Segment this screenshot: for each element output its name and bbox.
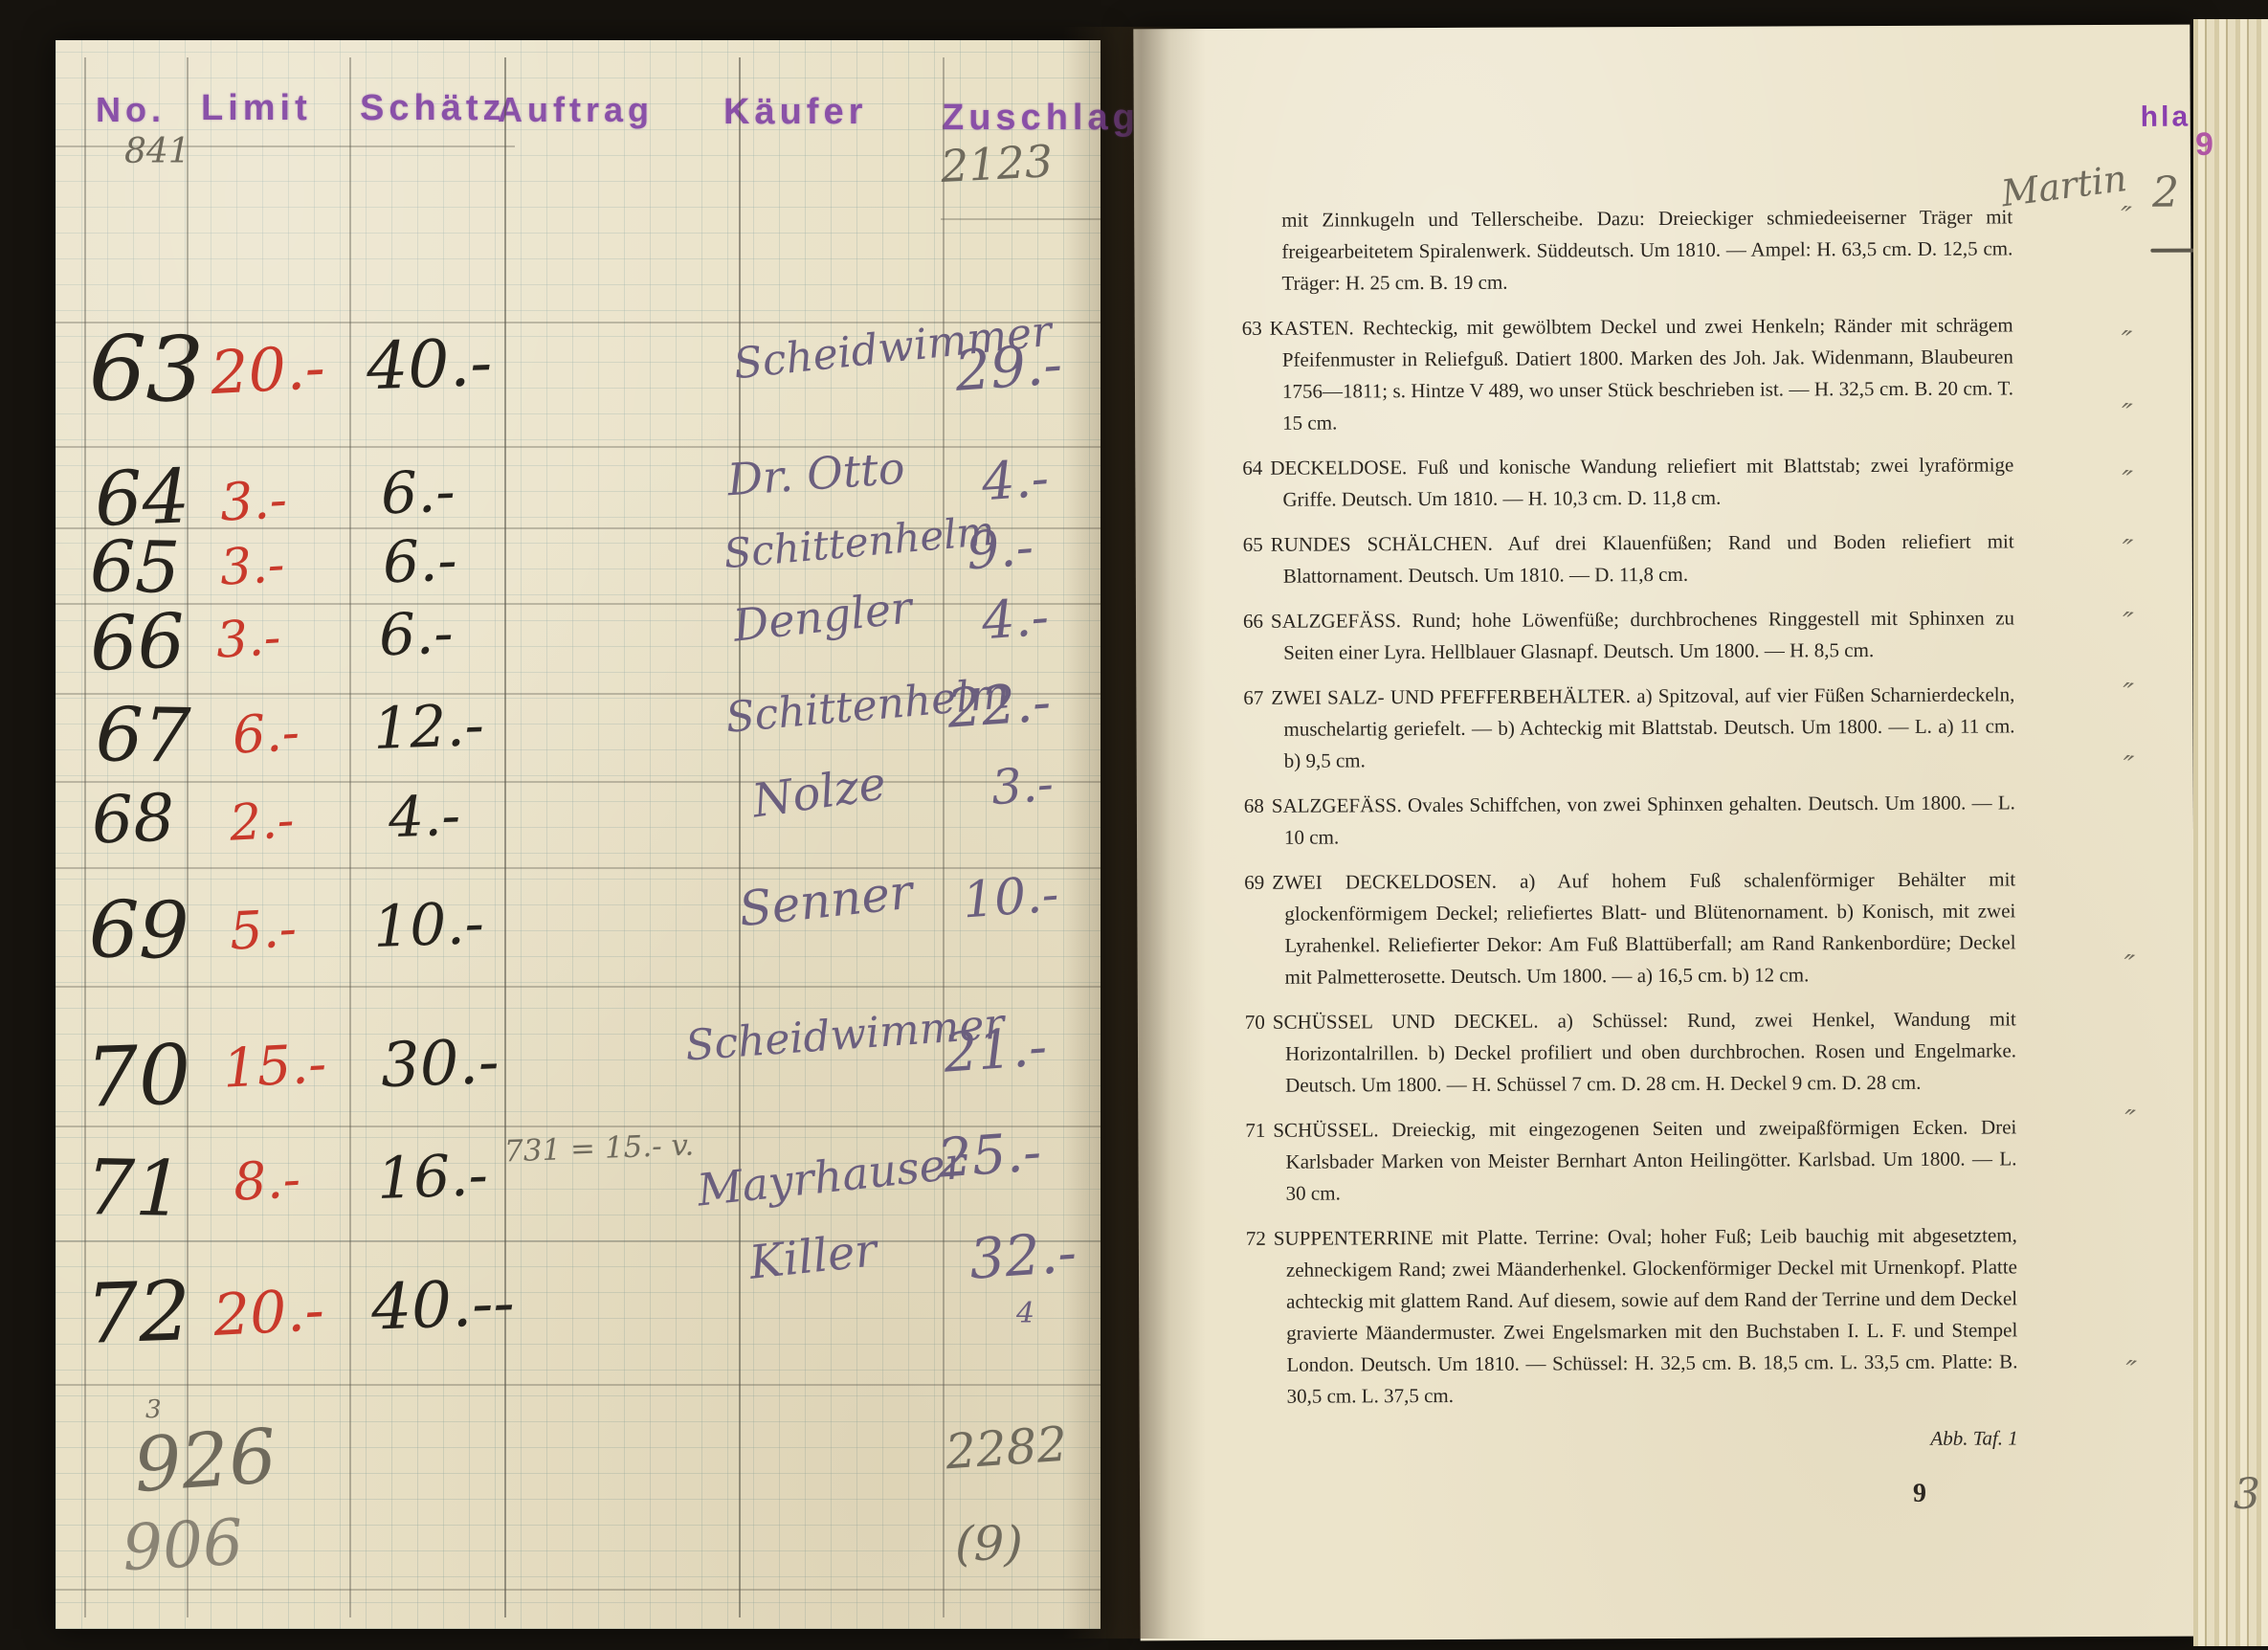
catalog-entry-66: 66SALZGEFÄSS. Rund; hohe Löwenfüße; durc…	[1243, 602, 2014, 669]
ledger-total-small-mark: 3	[145, 1395, 162, 1424]
ledger-lot-count: (9)	[955, 1516, 1023, 1572]
ledger-no-63: 63	[88, 317, 205, 423]
ledger-no-70: 70	[84, 1027, 192, 1126]
ledger-limit-total: 926	[131, 1414, 279, 1509]
ledger-schaetz-66: 6.-	[378, 600, 455, 670]
ledger-limit-total-corrected: 906	[121, 1505, 245, 1585]
ledger-header-rule	[56, 145, 515, 147]
column-header-stamp-limit: Limit	[201, 88, 312, 129]
catalog-continuation-paragraph: mit Zinnkugeln und Tellerscheibe. Dazu: …	[1241, 201, 2012, 300]
ledger-kaeufer-68: Nolze	[749, 757, 889, 829]
ledger-no-66: 66	[88, 598, 186, 687]
edge-number-fragment: 9	[2195, 126, 2213, 164]
lot-number: 67	[1243, 686, 1271, 709]
ledger-schaetz-70: 30.-	[380, 1027, 500, 1102]
ledger-zuschlag-71: 25.-	[936, 1121, 1043, 1190]
lot-number: 72	[1246, 1227, 1274, 1250]
ledger-limit-64: 3.-	[218, 469, 288, 533]
edge-bottom-fragment: 3	[2234, 1470, 2260, 1519]
ledger-schaetz-63: 40.-	[366, 325, 494, 406]
catalog-entry-65: 65RUNDES SCHÄLCHEN. Auf drei Klauenfüßen…	[1243, 525, 2014, 592]
ledger-auftrag-71: 731 = 15.- v.	[503, 1128, 694, 1170]
ledger-limit-71: 8.-	[232, 1148, 301, 1213]
catalog-entry-70: 70SCHÜSSEL UND DECKEL. a) Schüssel: Rund…	[1245, 1003, 2016, 1102]
ledger-no-68: 68	[91, 781, 176, 859]
lot-number: 69	[1244, 871, 1272, 894]
lot-number: 64	[1242, 457, 1270, 479]
ditto-mark: ″	[2119, 397, 2134, 432]
ledger-limit-63: 20.-	[209, 332, 326, 408]
ledger-no-69: 69	[88, 884, 189, 977]
ledger-no-72: 72	[84, 1263, 192, 1363]
catalog-text-column: mit Zinnkugeln und Tellerscheibe. Dazu: …	[1241, 201, 2018, 1512]
ledger-limit-70: 15.-	[221, 1033, 327, 1101]
ledger-row-rule	[56, 446, 1101, 448]
column-header-stamp-auftrag: Auftrag	[498, 90, 654, 130]
ledger-row-rule	[56, 1240, 1101, 1242]
page-number: 9	[1247, 1477, 2018, 1512]
ledger-zuschlag-69: 10.-	[961, 866, 1060, 930]
ledger-schaetz-65: 6.-	[382, 527, 458, 597]
ledger-zuschlag-63: 29.-	[953, 331, 1064, 404]
ledger-schaetz-71: 16.-	[376, 1142, 489, 1213]
column-header-stamp-schtz: Schätz	[360, 88, 505, 129]
ditto-mark: ″	[2120, 606, 2135, 640]
ledger-schaetz-69: 10.-	[372, 890, 485, 961]
margin-note-handwriting: Martin	[1999, 157, 2129, 214]
lot-number: 70	[1245, 1011, 1273, 1034]
ledger-schaetz-72: 40.--	[370, 1265, 516, 1344]
ledger-no-65: 65	[89, 525, 181, 610]
lot-number: 63	[1242, 317, 1270, 340]
lot-number: 68	[1244, 794, 1272, 817]
ditto-mark: ″	[2119, 464, 2134, 499]
ledger-zuschlag-72: 32.-	[967, 1219, 1078, 1292]
ditto-mark: ″	[2119, 533, 2134, 568]
ledger-page: 841 2123 3 926 906 2282 (9) No.LimitSchä…	[56, 40, 1101, 1629]
ditto-mark: ″	[2120, 677, 2135, 711]
ditto-mark: ″	[2118, 324, 2133, 359]
ditto-mark: ″	[2121, 948, 2136, 983]
catalog-entry-67: 67ZWEI SALZ- UND PFEFFERBEHÄLTER. a) Spi…	[1243, 679, 2014, 777]
ledger-schaetz-67: 12.-	[372, 692, 485, 763]
ditto-mark: ″	[2122, 1104, 2137, 1138]
ledger-kaeufer-71: Mayrhauser	[695, 1136, 968, 1215]
ledger-kaeufer-69: Senner	[736, 864, 915, 938]
ledger-kaeufer-64: Dr. Otto	[725, 442, 906, 506]
ledger-sum-rule	[941, 218, 1101, 220]
ledger-limit-65: 3.-	[218, 536, 285, 596]
ledger-limit-66: 3.-	[214, 609, 281, 669]
edge-stamp-fragment: hla	[2141, 101, 2191, 134]
ledger-limit-67: 6.-	[231, 702, 300, 766]
ledger-row-rule	[56, 867, 1101, 869]
ledger-row-rule	[56, 1589, 1101, 1591]
ledger-kaeufer-72: Killer	[746, 1223, 878, 1290]
ledger-zuschlag-66: 4.-	[980, 587, 1051, 652]
ledger-row-rule	[56, 1384, 1101, 1386]
ledger-zuschlag-64: 4.-	[980, 448, 1051, 513]
ledger-zuschlag-67: 22.-	[945, 671, 1053, 740]
ledger-schaetz-68: 4.-	[388, 783, 461, 851]
catalog-entry-72: 72SUPPENTERRINE mit Platte. Terrine: Ova…	[1246, 1219, 2018, 1413]
catalog-entry-71: 71SCHÜSSEL. Dreieckig, mit eingezogenen …	[1245, 1111, 2016, 1210]
lot-number: 65	[1243, 533, 1271, 556]
ledger-no-71: 71	[85, 1143, 184, 1234]
ledger-zuschlag-70: 21.-	[942, 1015, 1049, 1084]
catalog-entry-68: 68SALZGEFÄSS. Ovales Schiffchen, von zwe…	[1244, 787, 2015, 854]
catalog-page: mit Zinnkugeln und Tellerscheibe. Dazu: …	[1133, 25, 2196, 1641]
page-edge-stack: 9 3	[2193, 19, 2268, 1646]
ledger-schaetz-64: 6.-	[380, 458, 456, 528]
ledger-limit-69: 5.-	[228, 898, 298, 962]
column-header-stamp-no: No.	[96, 90, 166, 130]
column-header-stamp-zuschlag: Zuschlag	[942, 98, 1140, 139]
plate-caption: Abb. Taf. 1	[1247, 1422, 2018, 1458]
ledger-zuschlag-65: 9.-	[965, 517, 1035, 582]
ditto-mark: ″	[2120, 749, 2135, 784]
ledger-kaeufer-65: Schittenhelm	[722, 507, 996, 578]
ledger-zuschlag-total: 2282	[944, 1416, 1069, 1481]
column-header-stamp-kufer: Käufer	[723, 92, 867, 133]
ledger-row-rule	[56, 603, 1101, 605]
book-scan: { "ledger": { "headers": ["No.", "Limit"…	[0, 0, 2268, 1650]
catalog-entry-63: 63KASTEN. Rechteckig, mit gewölbtem Deck…	[1242, 309, 2014, 439]
ledger-no-67: 67	[95, 692, 191, 780]
catalog-entry-64: 64DECKELDOSE. Fuß und konische Wandung r…	[1242, 449, 2013, 516]
margin-note-number: 2	[2152, 168, 2179, 217]
ledger-annotation-841: 841	[124, 132, 190, 171]
ledger-row-rule	[56, 986, 1101, 988]
ledger-limit-68: 2.-	[228, 792, 295, 852]
ledger-row-rule	[56, 781, 1101, 783]
lot-number: 71	[1245, 1119, 1273, 1142]
ledger-zuschlag-note-72: 4	[1016, 1297, 1034, 1330]
lot-number: 66	[1243, 610, 1271, 633]
ledger-zuschlag-68: 3.-	[989, 756, 1055, 815]
ledger-kaeufer-66: Dengler	[731, 581, 915, 651]
pencil-dash-mark	[2150, 249, 2194, 253]
catalog-entry-69: 69ZWEI DECKELDOSEN. a) Auf hohem Fuß sch…	[1244, 863, 2016, 993]
ditto-mark: ″	[2118, 200, 2133, 234]
ditto-mark: ″	[2123, 1354, 2138, 1389]
ledger-annotation-2123: 2123	[940, 135, 1055, 192]
ledger-limit-72: 20.-	[211, 1277, 325, 1349]
